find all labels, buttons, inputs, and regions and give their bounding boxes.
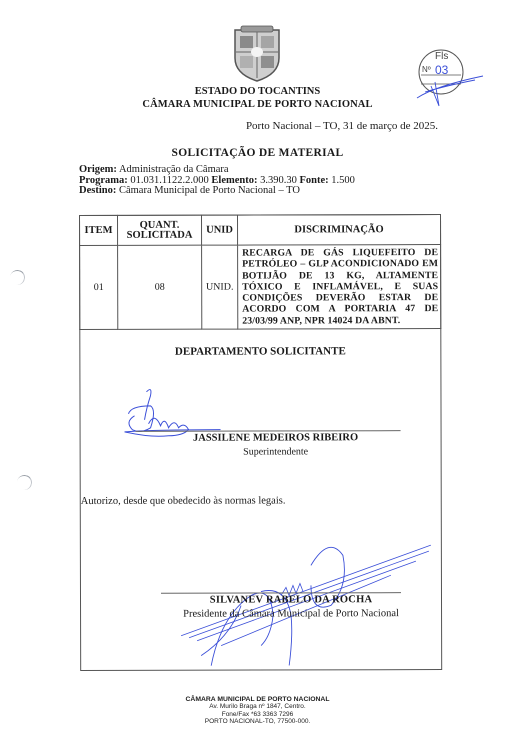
- header-chamber: CÂMARA MUNICIPAL DE PORTO NACIONAL: [0, 99, 515, 110]
- svg-text:03: 03: [435, 63, 449, 77]
- footer-city: PORTO NACIONAL-TO, 77500-000.: [0, 718, 515, 725]
- department-title: DEPARTAMENTO SOLICITANTE: [80, 345, 440, 358]
- footer-address: Av. Murilo Braga nº 1847, Centro.: [0, 703, 515, 710]
- requester-role: Superintendente: [126, 446, 426, 458]
- destino-label: Destino:: [79, 185, 116, 196]
- date-line: Porto Nacional – TO, 31 de março de 2025…: [246, 120, 438, 132]
- items-table: ITEM QUANT. SOLICITADA UNID DISCRIMINAÇÃ…: [79, 214, 441, 330]
- footer-institution: CÂMARA MUNICIPAL DE PORTO NACIONAL: [0, 696, 515, 703]
- origem-value: Administração da Câmara: [117, 164, 229, 175]
- request-form-box: ITEM QUANT. SOLICITADA UNID DISCRIMINAÇÃ…: [79, 214, 442, 671]
- table-header-row: ITEM QUANT. SOLICITADA UNID DISCRIMINAÇÃ…: [80, 215, 441, 246]
- municipal-crest-icon: [231, 24, 283, 82]
- programa-value: 01.031.1122.2.000: [128, 175, 212, 186]
- header-unit: UNID: [202, 215, 238, 245]
- punch-hole-mark: [16, 474, 33, 491]
- cell-unit: UNID.: [202, 245, 238, 329]
- elemento-value: 3.390.30: [258, 175, 300, 186]
- cell-description: RECARGA DE GÁS LIQUEFEITO DE PETRÓLEO – …: [238, 245, 441, 330]
- elemento-label: Elemento:: [211, 175, 257, 186]
- president-name: SILVANEV RABELO DA ROCHA: [151, 594, 431, 606]
- header-quantity: QUANT. SOLICITADA: [118, 215, 202, 245]
- document-title: SOLICITAÇÃO DE MATERIAL: [0, 147, 515, 159]
- header-state: ESTADO DO TOCANTINS: [0, 86, 515, 97]
- requester-name: JASSILENE MEDEIROS RIBEIRO: [126, 432, 426, 444]
- fonte-label: Fonte:: [300, 175, 329, 186]
- header-quantity-line2: SOLICITADA: [118, 230, 201, 240]
- fonte-value: 1.500: [329, 175, 355, 186]
- president-role: Presidente da Câmara Municipal de Porto …: [121, 608, 461, 620]
- destino-value: Câmara Municipal de Porto Nacional – TO: [116, 185, 300, 196]
- authorization-text: Autorizo, desde que obedecido às normas …: [81, 495, 286, 507]
- svg-text:Fls: Fls: [435, 51, 448, 62]
- svg-text:Nº: Nº: [422, 65, 431, 74]
- destino-row: Destino: Câmara Municipal de Porto Nacio…: [79, 186, 355, 197]
- programa-label: Programa:: [79, 175, 128, 186]
- footer-phone: Fone/Fax *63 3363 7296: [0, 711, 515, 718]
- footer-address-block: CÂMARA MUNICIPAL DE PORTO NACIONAL Av. M…: [0, 696, 515, 725]
- origem-label: Origem:: [79, 164, 117, 175]
- cell-quantity: 08: [118, 245, 202, 329]
- request-metadata: Origem: Administração da Câmara Programa…: [79, 165, 355, 197]
- cell-item: 01: [80, 245, 118, 329]
- table-row: 01 08 UNID. RECARGA DE GÁS LIQUEFEITO DE…: [80, 245, 441, 330]
- header-description: DISCRIMINAÇÃO: [238, 215, 441, 246]
- header-item: ITEM: [80, 215, 118, 245]
- punch-hole-mark: [9, 269, 26, 286]
